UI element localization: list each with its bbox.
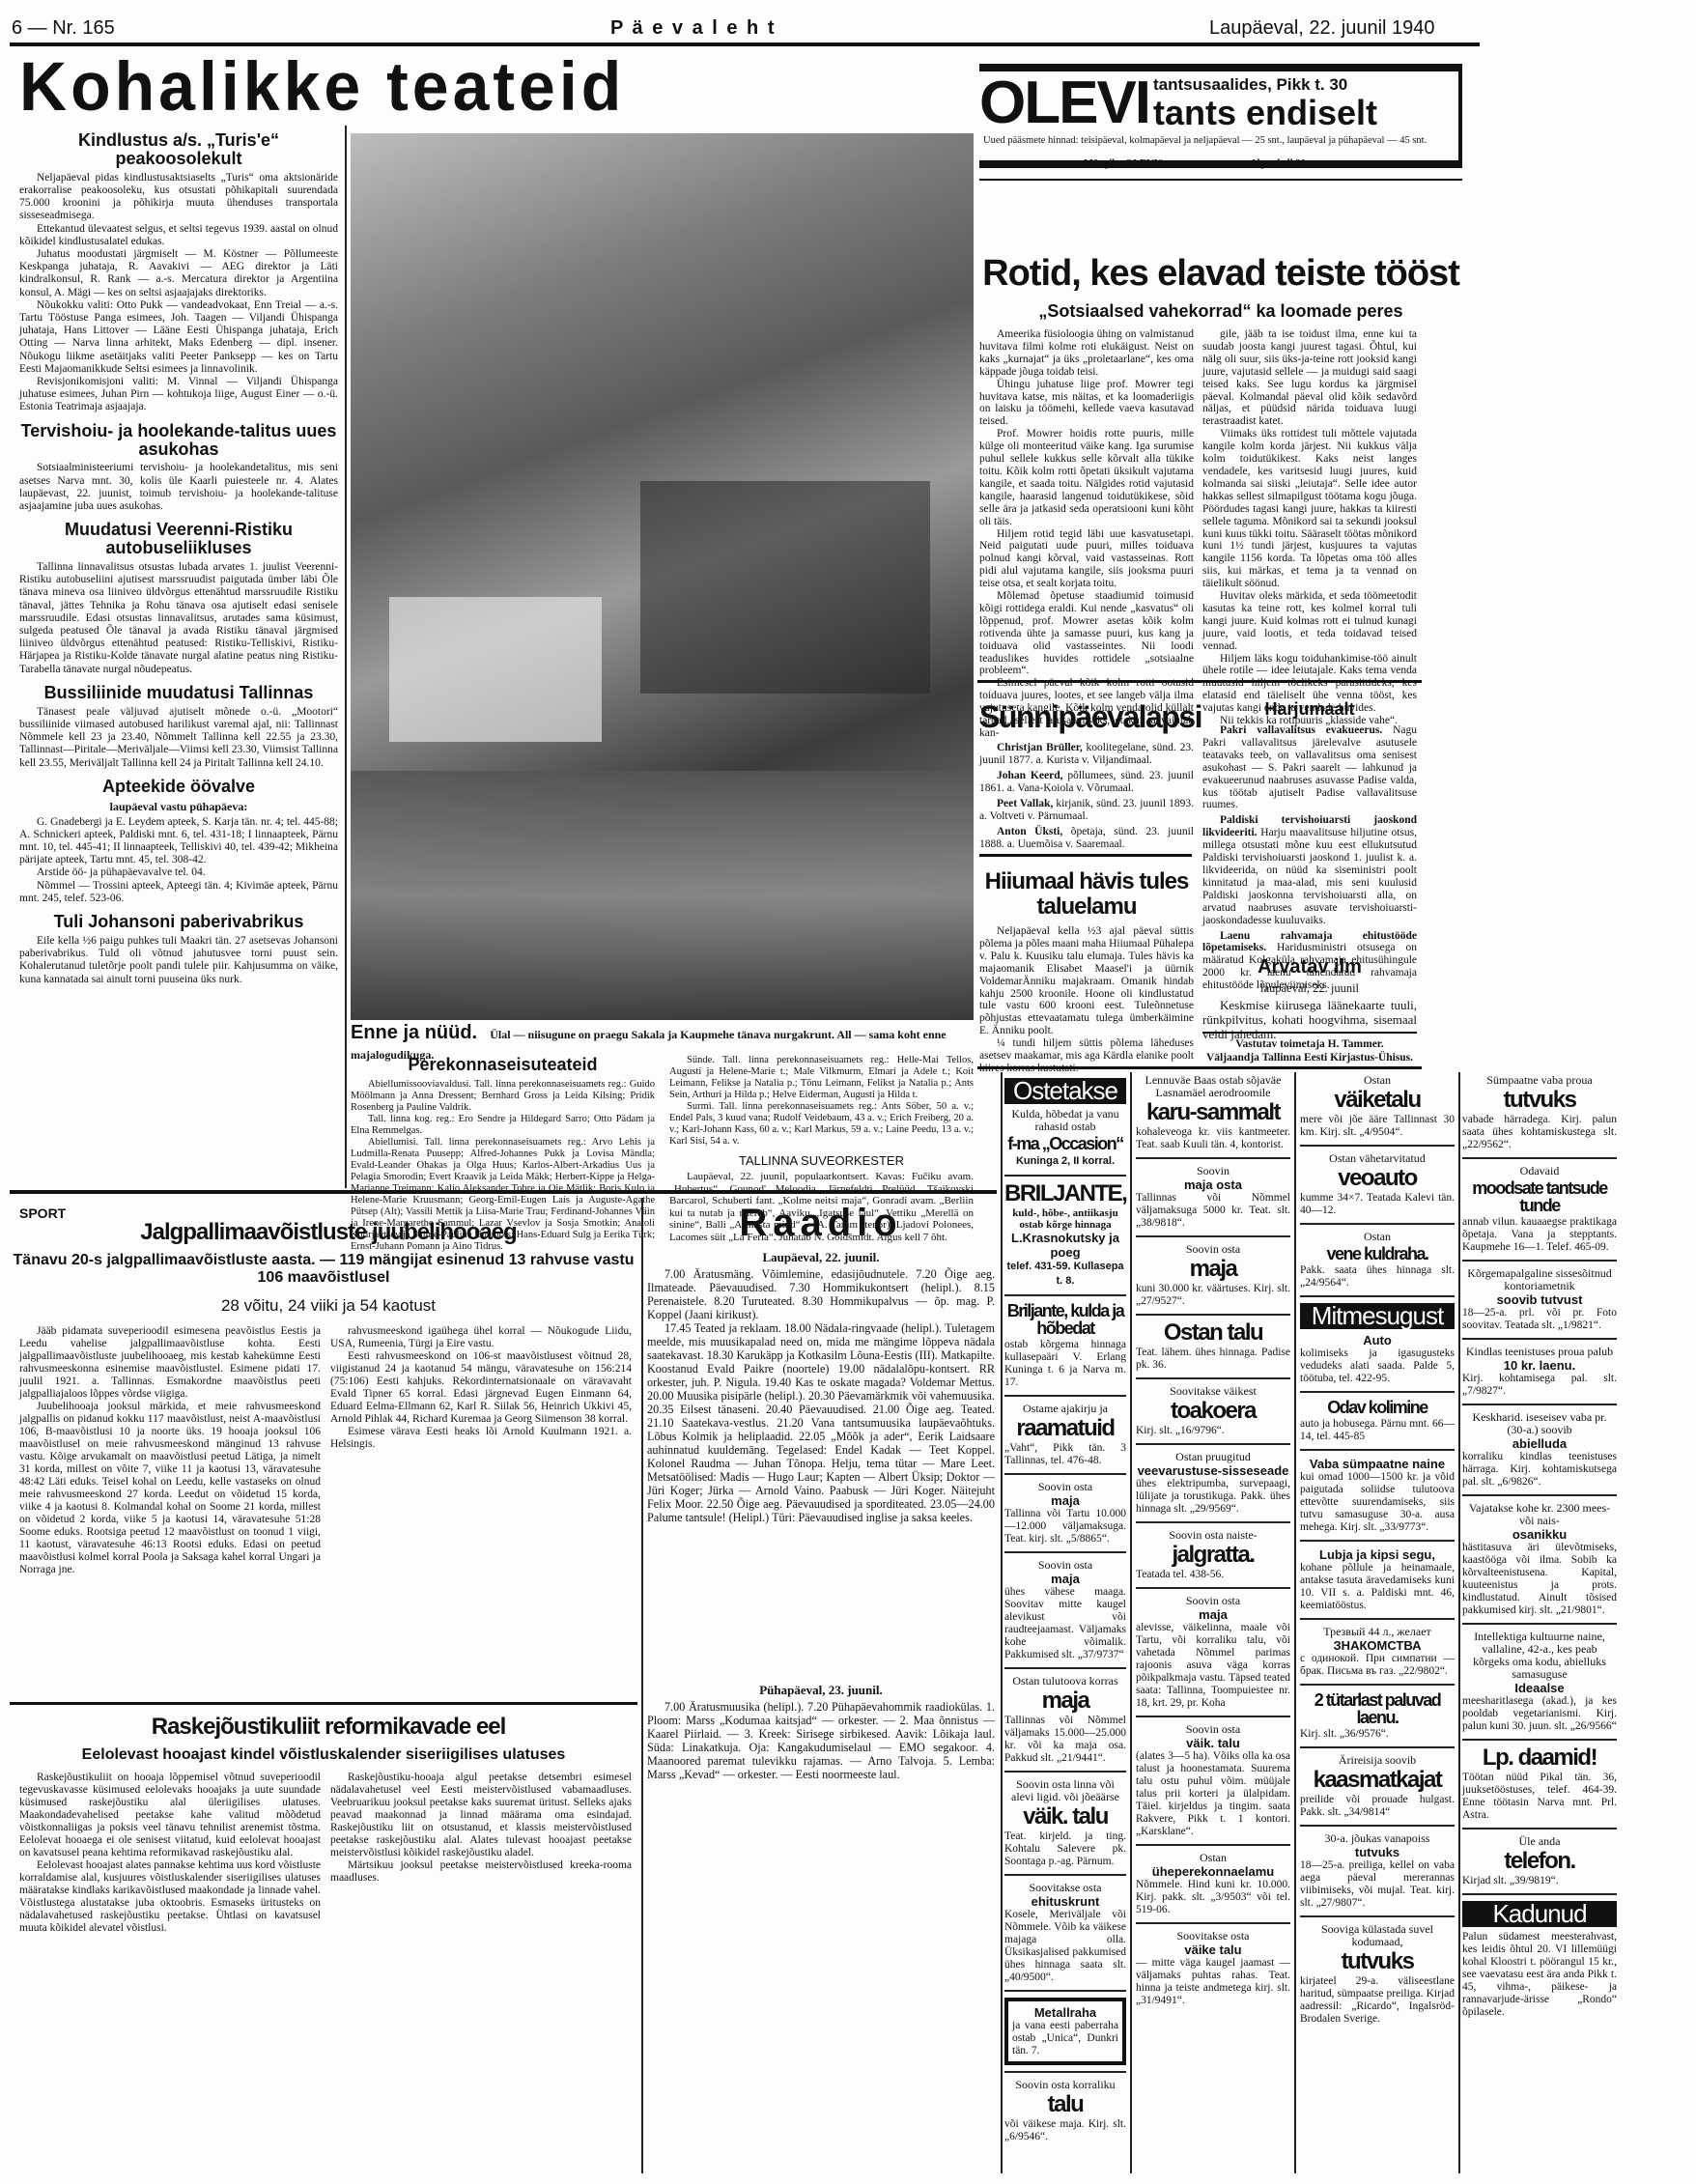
newspaper-title: P ä e v a l e h t [610, 17, 776, 40]
synnipaevalapsi-title: Sünnipäevalapsi [979, 699, 1194, 735]
ad-keyword: soovib tutvust [1462, 1292, 1617, 1307]
raske-paragraph: Raskejõustikuliit on hooaja lõppemisel v… [19, 1772, 321, 1859]
photo-house-detail [389, 597, 602, 742]
ad-text: kumme 34×7. Teatada Kalevi tän. 40—12. [1300, 1192, 1455, 1217]
radio-day2-schedule: 7.00 Äratusmuusika (helipl.). 7.20 Pühap… [647, 1700, 995, 1781]
ad-separator [1462, 1828, 1617, 1829]
birthday-entry: Anton Üksti, õpetaja, sünd. 23. juunil 1… [979, 826, 1194, 851]
classified-ad[interactable]: Vajatakse kohe kr. 2300 mees- või nais-o… [1462, 1502, 1617, 1617]
ad-text: Kirj. slt. „16/9796“. [1136, 1425, 1290, 1437]
ad-text: 18—25-a. prl. või pr. Foto soovitav. Tea… [1462, 1307, 1617, 1332]
classified-ad[interactable]: Ostanvene kuldraha.Pakk. saata ühes hinn… [1300, 1231, 1455, 1290]
article-headline: Apteekide öövalve [19, 778, 338, 796]
ad-lead: Soovin osta [1136, 1595, 1290, 1607]
birthday-name: Peet Vallak, [997, 798, 1053, 809]
synnipaevalapsi-list: Christjan Brüller, koolitegelane, sünd. … [979, 742, 1194, 854]
harjumaalt-text: Nagu Pakri vallavalitsus järelevalve asu… [1202, 724, 1417, 810]
ad-headline: Briljante, kulda ja hõbedat [1004, 1302, 1126, 1337]
harjumaalt-lead: Pakri vallavalitsus evakueerus. [1220, 724, 1382, 736]
article-paragraph: Neljapäeval pidas kindlustusaktsiaselts … [19, 172, 338, 223]
raske-column-1: Raskejõustikuliit on hooaja lõppemisel v… [19, 1772, 321, 1935]
ad-separator [1136, 1157, 1290, 1159]
birthday-entry: Johan Keerd, põllumees, sünd. 23. juunil… [979, 770, 1194, 795]
article-paragraph: G. Gnadebergi ja E. Leydem apteek, S. Ka… [19, 816, 338, 867]
ad-headline: vene kuldraha. [1300, 1245, 1455, 1262]
section-rule [979, 854, 1192, 857]
classified-ad[interactable]: Soovin osta naiste-jalgratta.Teatada tel… [1136, 1529, 1290, 1581]
classified-ad[interactable]: Kadunud [1462, 1901, 1617, 1927]
section-rule [1202, 1032, 1417, 1034]
classified-ad[interactable]: Kindlas teenistuses proua palub10 kr. la… [1462, 1346, 1617, 1398]
ad-headline: moodsate tantsude tunde [1462, 1179, 1617, 1214]
rotid-paragraph: Viimaks üks rottidest tuli mõttele vajut… [1202, 428, 1417, 590]
ad-separator [1300, 1684, 1455, 1686]
ad-headline: f-ma „Occasion“ [1004, 1135, 1126, 1152]
ad-separator [1300, 1449, 1455, 1451]
rotid-paragraph: Ameerika füsioloogia ühing on valmistanu… [979, 328, 1194, 379]
article-paragraph: Juhatus moodustati järgmiselt — M. Köstn… [19, 248, 338, 299]
ad-keyword: L.Krasnokutsky ja poeg [1004, 1231, 1126, 1260]
section-rule [10, 1190, 997, 1194]
harjumaalt-text: Harju maavalitsuse hiljutine otsus, mill… [1202, 827, 1417, 925]
rotid-paragraph: Prof. Mowrer hoidis rotte puuris, mille … [979, 428, 1194, 527]
ad-separator [1300, 1540, 1455, 1542]
radio-paragraph: 7.00 Äratusmäng. Võimlemine, edasijõudnu… [647, 1267, 995, 1321]
ad-lead: Kulda, hõbedat ja vanu rahasid ostab [1004, 1108, 1126, 1133]
classified-ad[interactable]: Lubja ja kipsi segu,kohane põllule ja he… [1300, 1547, 1455, 1612]
imprint: Vastutav toimetaja H. Tammer. Väljaandja… [1202, 1037, 1417, 1064]
ad-text: Pakk. saata ühes hinnaga slt. „24/9564“. [1300, 1264, 1455, 1290]
ad-lead: Kindlas teenistuses proua palub [1462, 1346, 1617, 1358]
ad-text: Tallinna või Tartu 10.000—12.000 väljama… [1004, 1508, 1126, 1546]
classified-ad[interactable]: Soovinmaja ostaTallinnas või Nõmmel välj… [1136, 1165, 1290, 1230]
ad-bottom-rule [979, 179, 1462, 181]
rotid-column-1: Ameerika füsioloogia ühing on valmistanu… [979, 328, 1194, 740]
ad-separator [1462, 1739, 1617, 1741]
ad-text: kuni 30.000 kr. väärtuses. Kirj. slt. „2… [1136, 1283, 1290, 1308]
ad-text: meesharitlasega (akad.), ja kes pooldab … [1462, 1695, 1617, 1733]
ad-text: Kirj. kohtamisega pal. slt. „7/9827“. [1462, 1373, 1617, 1398]
olevi-advertisement[interactable]: OLEVI tantsusaalides, Pikk t. 30 tants e… [979, 64, 1462, 168]
ad-lead: Üle anda [1462, 1835, 1617, 1848]
raske-headline: Raskejõustikuliit reformikavade eel [19, 1714, 637, 1741]
classified-ad[interactable]: Briljante, kulda ja hõbedatostab kõrgema… [1004, 1302, 1126, 1389]
classified-ad[interactable]: Ostan pruugitudveevarustuse-sisseseadeüh… [1136, 1451, 1290, 1516]
page-number: 6 — Nr. 165 [12, 17, 115, 40]
ad-lead: Ärireisija soovib [1300, 1754, 1455, 1767]
ad-keyword: väike talu [1136, 1943, 1290, 1957]
photo-caption-title: Enne ja nüüd. [351, 1022, 477, 1043]
weather-date: laupäeval, 22. juunil [1202, 981, 1417, 996]
ad-lead: Soovin osta korraliku [1004, 2079, 1126, 2091]
raske-paragraph: Eelolevast hooajast alates pannakse keht… [19, 1859, 321, 1935]
weather-title: Arvatav ilm [1202, 956, 1417, 979]
ad-headline: tutvuks [1300, 1950, 1455, 1973]
ad-separator [1462, 1338, 1617, 1340]
raske-paragraph: Märtsikuu jooksul peetakse meistervõistl… [330, 1859, 632, 1885]
classifieds-column-1: OstetakseKulda, hõbedat ja vanu rahasid … [1004, 1074, 1126, 2147]
ad-lead: Vajatakse kohe kr. 2300 mees- või nais- [1462, 1502, 1617, 1527]
ad-text: с одинокой. При симпатии — брак. Письма … [1300, 1653, 1455, 1678]
ad-headline: maja [1004, 1689, 1126, 1713]
classified-ad[interactable]: BRILJANTE,kuld-, hõbe-, antiikasju ostab… [1004, 1182, 1126, 1289]
ad-separator [1462, 1494, 1617, 1496]
ad-lead: Soovin osta [1004, 1481, 1126, 1493]
ad-text: kohaleveoga kr. viis kantmeeter. Teat. s… [1136, 1126, 1290, 1151]
classified-ad[interactable]: Soovin ostamajaalevisse, väikelinna, maa… [1136, 1595, 1290, 1710]
article-paragraph: Arstide öö- ja pühapäevavalve tel. 04. [19, 866, 338, 879]
ad-keyword: ehituskrunt [1004, 1894, 1126, 1909]
ad-lead: Ostan [1136, 1852, 1290, 1864]
ad-headline: karu-sammalt [1136, 1101, 1290, 1124]
hiiumaal-paragraph: ¼ tundi hiljem süttis põlema läheduses a… [979, 1037, 1194, 1075]
ad-keyword: Lubja ja kipsi segu, [1300, 1547, 1455, 1562]
ad-lead: Soovin osta naiste- [1136, 1529, 1290, 1542]
ad-lead: Трезвый 44 л., желает [1300, 1626, 1455, 1638]
classifieds-column-2: Lennuväe Baas ostab sõjaväe Lasnamäel ae… [1136, 1074, 1290, 2011]
weather-forecast: Keskmise kiirusega läänekaarte tuuli, rü… [1202, 999, 1417, 1041]
section-banner: Ostetakse [1004, 1078, 1126, 1104]
ad-separator [1136, 1716, 1290, 1717]
harjumaalt-paragraph: Paldiski tervishoiuarsti jaoskond likvid… [1202, 814, 1417, 926]
classifieds-column-4: Sümpaatne vaba prouatutvuksvabade härrad… [1462, 1074, 1617, 2023]
ad-keyword: tutvuks [1300, 1845, 1455, 1859]
perekonnaseis-title: Perekonnaseisuteateid [351, 1055, 655, 1075]
ad-lead: Ostan [1300, 1074, 1455, 1087]
ad-lead: Ostan pruugitud [1136, 1451, 1290, 1463]
ad-separator [1004, 1874, 1126, 1876]
perekonnaseis-section: Perekonnaseisuteateid Abiellumissooviava… [351, 1055, 974, 1200]
classified-ad[interactable]: Keskharid. iseseisev vaba pr. (30-a.) so… [1462, 1411, 1617, 1489]
ad-separator [1462, 1260, 1617, 1262]
ad-separator [1136, 1844, 1290, 1846]
olevi-headline: tants endiselt [1153, 95, 1377, 131]
rotid-headline: Rotid, kes elavad teiste tööst [979, 253, 1462, 294]
sport-tagline: 28 võitu, 24 viiki ja 54 kaotust [19, 1296, 637, 1316]
perekonnaseis-paragraph: Surmi. Tall. linna perekonnaseisuamets r… [669, 1101, 974, 1148]
ad-separator [1300, 1391, 1455, 1393]
radio-title: Raadio [647, 1202, 995, 1245]
classified-ad[interactable]: Intellektiga kultuurne naine, vallaline,… [1462, 1631, 1617, 1733]
ad-lead: Intellektiga kultuurne naine, vallaline,… [1462, 1631, 1617, 1681]
ad-lead: 30-a. jõukas vanapoiss [1300, 1832, 1455, 1845]
classified-ad[interactable]: Mitmesugust [1300, 1303, 1455, 1329]
ad-keyword: Auto [1300, 1333, 1455, 1347]
birthday-name: Anton Üksti, [997, 826, 1062, 837]
ad-separator [1004, 1395, 1126, 1397]
ad-separator [1136, 1922, 1290, 1924]
rotid-column-2: gile, jääb ta ise toidust ilma, enne kui… [1202, 328, 1417, 727]
ad-separator [1300, 1746, 1455, 1748]
ad-lead: Soovitakse väikest [1136, 1385, 1290, 1398]
hiiumaal-paragraph: Neljapäeval kella ½3 ajal päeval süttis … [979, 925, 1194, 1037]
ad-keyword: Ideaalse [1462, 1681, 1617, 1695]
ad-text: ühes elektripumba, survepaagi, lülijate … [1136, 1478, 1290, 1516]
ad-separator [1300, 1223, 1455, 1225]
perekonnaseis-paragraph: Sünde. Tall. linna perekonnaseisuamets r… [669, 1055, 974, 1101]
ad-lead: Odavaid [1462, 1165, 1617, 1177]
main-headline: Kohalikke teateid [19, 50, 951, 124]
article-paragraph: Revisjonikomisjoni valiti: M. Vinnal — V… [19, 376, 338, 414]
radio-day1-heading: Laupäeval, 22. juunil. [647, 1250, 995, 1265]
ad-keyword: Vaba sümpaatne naine [1300, 1457, 1455, 1471]
classified-ad[interactable]: Soovin osta linna või alevi ligid. või j… [1004, 1778, 1126, 1868]
birthday-entry: Peet Vallak, kirjanik, sünd. 23. juunil … [979, 798, 1194, 823]
rotid-paragraph: Mõlemad õpetuse staadiumid toimusid kõig… [979, 590, 1194, 677]
ad-separator [1136, 1377, 1290, 1379]
classified-ad[interactable]: Autokolimiseks ja igasugusteks vedudeks … [1300, 1333, 1455, 1385]
sport-headline: Jalgpallimaavõistluste juubelihooaeg [19, 1219, 637, 1246]
classified-ad[interactable]: Kulda, hõbedat ja vanu rahasid ostabf-ma… [1004, 1108, 1126, 1169]
ad-text: vabade härradega. Kirj. palun saata ühes… [1462, 1114, 1617, 1151]
ad-keyword: Metallraha [1012, 2005, 1118, 2020]
ad-separator [1300, 1825, 1455, 1827]
ad-headline: Ostan talu [1136, 1321, 1290, 1345]
ad-separator [1004, 1175, 1126, 1177]
column-divider [1458, 1072, 1460, 2173]
ad-text: „Vaht“, Pikk tän. 3 Tallinnas, tel. 476-… [1004, 1442, 1126, 1467]
section-banner: Kadunud [1462, 1901, 1617, 1927]
rotid-paragraph: Huvitav oleks märkida, et seda töömeetod… [1202, 590, 1417, 653]
column-divider [1001, 1072, 1003, 2173]
ad-text: Nõmmele. Hind kuni kr. 10.000. Kirj. pak… [1136, 1879, 1290, 1916]
classified-ad[interactable]: Soovitakse ostaehituskruntKoselе, Merivä… [1004, 1882, 1126, 1984]
classified-ad[interactable]: Kõrgemapalgaline sissesõitnud kontoriame… [1462, 1267, 1617, 1332]
article-paragraph: Tänasest peale väljuvad ajutiselt mõnede… [19, 706, 338, 770]
ad-headline: veoauto [1300, 1167, 1455, 1190]
article-headline: Tervishoiu- ja hoolekande-talitus uues a… [19, 422, 338, 459]
ad-headline: tutvuks [1462, 1089, 1617, 1112]
section-rule [977, 680, 1422, 683]
ad-text: alevisse, väikelinna, maale või Tartu, v… [1136, 1622, 1290, 1710]
perekonnaseis-paragraph: Abiellumissooviavaldusi. Tall. linna per… [351, 1079, 655, 1114]
ad-separator [1300, 1915, 1455, 1917]
ad-keyword: ЗНАКОМСТВА [1300, 1638, 1455, 1653]
ad-separator [1300, 1145, 1455, 1147]
ad-lead: Kõrgemapalgaline sissesõitnud kontoriame… [1462, 1267, 1617, 1292]
classified-ad[interactable]: Sümpaatne vaba prouatutvuksvabade härrad… [1462, 1074, 1617, 1151]
classified-ad[interactable]: 2 tütarlast paluvad laenu.Kirj. slt. „36… [1300, 1691, 1455, 1741]
classified-ad[interactable]: Odav kolimineauto ja hobusega. Pärnu mnt… [1300, 1399, 1455, 1443]
ad-separator [1300, 1618, 1455, 1620]
classified-ad[interactable]: Ostame ajakirju jaraamatuid„Vaht“, Pikk … [1004, 1403, 1126, 1467]
ad-keyword: 10 kr. laenu. [1462, 1358, 1617, 1373]
harjumaalt-paragraph: Pakri vallavalitsus evakueerus. Nagu Pak… [1202, 724, 1417, 811]
classified-ad[interactable]: Soovin ostaväik. talu(alates 3—5 ha). Võ… [1136, 1723, 1290, 1838]
classified-ad[interactable]: Soovitakse ostaväike talu— mitte väga ka… [1136, 1930, 1290, 2007]
ad-text: annab vilun. kauaaegse praktikaga õpetaj… [1462, 1216, 1617, 1254]
suveorkester-title: TALLINNA SUVEORKESTER [669, 1153, 974, 1168]
classified-ad[interactable]: Metallrahaja vana eesti paberraha ostab … [1004, 1998, 1126, 2065]
rotid-paragraph: Ühingu juhatuse liige prof. Mowrer tegi … [979, 379, 1194, 429]
photo-lower-street [351, 771, 974, 1020]
classified-ad[interactable]: Ostetakse [1004, 1078, 1126, 1104]
imprint-publisher: Väljaandja Tallinna Eesti Kirjastus-Ühis… [1202, 1051, 1417, 1064]
column-divider [1130, 1072, 1132, 2173]
ad-headline: BRILJANTE, [1004, 1182, 1126, 1205]
olevi-plays: Mängib „OLEVI“. [1084, 158, 1166, 169]
ad-text: Palun südamest meesterahvast, kes leidis… [1462, 1931, 1617, 2019]
ad-headline: telefon. [1462, 1850, 1617, 1873]
article-headline: Tuli Johansoni paberivabrikus [19, 913, 338, 931]
ad-text: kohane põllule ja heinamaale, antakse ta… [1300, 1562, 1455, 1612]
olevi-location: tantsusaalides, Pikk t. 30 [1153, 75, 1347, 95]
imprint-editor: Vastutav toimetaja H. Tammer. [1202, 1037, 1417, 1051]
ad-lead: Soovin osta [1136, 1723, 1290, 1736]
article-paragraph: Eile kella ½6 paigu puhkes tuli Maakri t… [19, 935, 338, 986]
ad-text: Tallinnas või Nõmmel väljamaks 15.000—25… [1004, 1715, 1126, 1765]
classified-ad[interactable]: 30-a. jõukas vanapoisstutvuks18—25-a. pr… [1300, 1832, 1455, 1910]
classifieds-column-3: Ostanväiketalumere või jõe ääre Tallinna… [1300, 1074, 1455, 2029]
masthead-rule [10, 43, 1480, 46]
classified-ad[interactable]: Palun südamest meesterahvast, kes leidis… [1462, 1931, 1617, 2019]
classified-ad[interactable]: Ostanväiketalumere või jõe ääre Tallinna… [1300, 1074, 1455, 1139]
ad-separator [1136, 1587, 1290, 1589]
ad-text: kui omad 1000—1500 kr. ja võid paigutada… [1300, 1471, 1455, 1534]
ad-text: ja vana eesti paberraha ostab „Unica“, D… [1012, 2020, 1118, 2057]
classified-ad[interactable]: Üle andatelefon.Kirjad slt. „39/9819“. [1462, 1835, 1617, 1887]
left-news-column: Kindlustus a/s. „Turis'e“ peakoosolekult… [19, 124, 338, 986]
ad-separator [1004, 2071, 1126, 2073]
article-headline: Bussiliinide muudatusi Tallinnas [19, 684, 338, 702]
ad-text: 18—25-a. preiliga, kellel on vaba aega p… [1300, 1859, 1455, 1910]
classified-ad[interactable]: Soovin ostamajaTallinna või Tartu 10.000… [1004, 1481, 1126, 1546]
ad-headline: toakoera [1136, 1400, 1290, 1423]
classified-ad[interactable]: Ostan taluTeat. lähem. ühes hinnaga. Pad… [1136, 1321, 1290, 1372]
ad-separator [1462, 1157, 1617, 1159]
classified-ad[interactable]: Ostan tulutoova korrasmajaTallinnas või … [1004, 1675, 1126, 1765]
ad-lead: Lennuväe Baas ostab sõjaväe Lasnamäel ae… [1136, 1074, 1290, 1099]
classified-ad[interactable]: Odavaidmoodsate tantsude tundeannab vilu… [1462, 1165, 1617, 1254]
ad-text: Teatada tel. 438-56. [1136, 1569, 1290, 1581]
classified-ad[interactable]: Vaba sümpaatne nainekui omad 1000—1500 k… [1300, 1457, 1455, 1534]
ad-keyword: väik. talu [1136, 1736, 1290, 1750]
radio-paragraph: 7.00 Äratusmuusika (helipl.). 7.20 Pühap… [647, 1700, 995, 1781]
photograph-street-corner [351, 133, 974, 1020]
birthday-entry: Christjan Brüller, koolitegelane, sünd. … [979, 742, 1194, 767]
ad-keyword: osanikku [1462, 1527, 1617, 1542]
ad-text: Koselе, Meriväljale või Nõmmele. Võib ka… [1004, 1909, 1126, 1984]
raske-column-2: Raskejõustiku-hooaja algul peetakse dets… [330, 1772, 632, 1885]
column-divider [345, 126, 347, 1188]
classified-ad[interactable]: Soovin ostamajakuni 30.000 kr. väärtuses… [1136, 1243, 1290, 1308]
photo-building-shadow [640, 481, 930, 694]
ad-text: Kirjad slt. „39/9819“. [1462, 1875, 1617, 1887]
article-paragraph: Sotsiaalministeeriumi tervishoiu- ja hoo… [19, 462, 338, 513]
birthday-name: Christjan Brüller, [997, 742, 1083, 753]
ad-lead: Soovin osta linna või alevi ligid. või j… [1004, 1778, 1126, 1803]
sport-paragraph: Juubelihooaja jooksul märkida, et meie r… [19, 1401, 321, 1576]
ad-headline: Odav kolimine [1300, 1399, 1455, 1416]
article-subtitle: laupäeval vastu pühapäeva: [19, 800, 338, 814]
classified-ad[interactable]: Soovin osta korralikutaluvõi väikese maj… [1004, 2079, 1126, 2143]
classified-ad[interactable]: Soovin ostamajaühes vähese maaga. Soovit… [1004, 1559, 1126, 1661]
section-banner: Mitmesugust [1300, 1303, 1455, 1329]
section-rule [10, 1702, 637, 1705]
sport-column-2: rahvusmeeskond igaühega ühel korral — Nõ… [330, 1325, 632, 1451]
column-divider [641, 1198, 643, 2173]
perekonnaseis-right-text: Sünde. Tall. linna perekonnaseisuamets r… [669, 1055, 974, 1148]
harjumaalt-text: Pakri vallavalitsus evakueerus. Nagu Pak… [1202, 724, 1417, 995]
raske-subtitle: Eelolevast hooajast kindel võistluskalen… [10, 1746, 637, 1764]
classified-ad[interactable]: Ärireisija soovibkaasmatkajatpreilide võ… [1300, 1754, 1455, 1819]
ad-lead: kuld-, hõbe-, antiikasju ostab kõrge hin… [1004, 1207, 1126, 1231]
classified-ad[interactable]: Ostan vähetarvitatudveoautokumme 34×7. T… [1300, 1152, 1455, 1217]
classified-ad[interactable]: Lp. daamid!Töötan nüüd Pikal tän. 36, ju… [1462, 1746, 1617, 1822]
classified-ad[interactable]: Soovitakse väikesttoakoeraKirj. slt. „16… [1136, 1385, 1290, 1437]
ad-text: ostab kõrgema hinnaga kullasepaäri V. Er… [1004, 1339, 1126, 1389]
article-paragraph: Ettekantud ülevaatest selgus, et seltsi … [19, 223, 338, 248]
column-divider [1294, 1072, 1296, 2173]
raske-paragraph: Raskejõustiku-hooaja algul peetakse dets… [330, 1772, 632, 1859]
ad-lead: Ostame ajakirju ja [1004, 1403, 1126, 1415]
ad-lead: Soovitakse osta [1004, 1882, 1126, 1894]
ad-separator [1004, 1667, 1126, 1669]
perekonnaseis-paragraph: Tall. linna kog. reg.: Ero Sendre ja Hil… [351, 1114, 655, 1137]
rotid-subtitle: „Sotsiaalsed vahekorrad“ ka loomade pere… [979, 301, 1462, 322]
ad-lead: Sümpaatne vaba proua [1462, 1074, 1617, 1087]
classified-ad[interactable]: Ostanühepere­konnaelamuNõmmele. Hind kun… [1136, 1852, 1290, 1916]
ad-keyword: veevarustuse-sisseseade [1136, 1463, 1290, 1478]
ad-separator [1004, 1990, 1126, 1992]
classified-ad[interactable]: Трезвый 44 л., желаетЗНАКОМСТВАс одиноко… [1300, 1626, 1455, 1678]
ad-lead: Ostan tulutoova korras [1004, 1675, 1126, 1688]
ad-text: (alates 3—5 ha). Võiks olla ka osa talus… [1136, 1750, 1290, 1838]
ad-separator [1136, 1235, 1290, 1237]
article-paragraph: Nõukokku valiti: Otto Pukk — vandeadvoka… [19, 299, 338, 376]
ad-headline: talu [1004, 2093, 1126, 2116]
ad-keyword: ühepere­konnaelamu [1136, 1864, 1290, 1879]
ad-separator [1462, 1623, 1617, 1625]
hiiumaal-headline: Hiiumaal hävis tules taluelamu [979, 869, 1194, 920]
ad-separator [1004, 1771, 1126, 1773]
ad-text: mere või jõe ääre Tallinnast 30 km. Kirj… [1300, 1114, 1455, 1139]
ad-address: Kuninga 2, II korral. [1004, 1154, 1126, 1169]
ad-headline: 2 tütarlast paluvad laenu. [1300, 1691, 1455, 1726]
rotid-paragraph: Hiljem rotid tegid läbi uue kasvatusetap… [979, 528, 1194, 591]
radio-paragraph: 17.45 Teated ja reklaam. 18.00 Nädala-ri… [647, 1321, 995, 1524]
ad-lead: Sooviga külastada suvel kodumaad, [1300, 1923, 1455, 1948]
ad-separator [1136, 1443, 1290, 1445]
ad-text: Tallinnas või Nõmmel väljamaksuga 5000 k… [1136, 1192, 1290, 1230]
ad-address: telef. 431-59. Kullasepa t. 8. [1004, 1260, 1126, 1289]
ad-headline: jalgratta. [1136, 1544, 1290, 1567]
sport-column-1: Jääb pidamata suveperioodil esimesena pe… [19, 1325, 321, 1576]
ad-text: — mitte väga kaugel jaamast — väljamaks … [1136, 1957, 1290, 2007]
article-headline: Muudatusi Veerenni-Ristiku autobuseliikl… [19, 521, 338, 557]
ad-headline: kaasmatkajat [1300, 1769, 1455, 1792]
ad-text: Kirj. slt. „36/9576“. [1300, 1728, 1455, 1741]
ad-lead: Soovin [1136, 1165, 1290, 1177]
classified-ad[interactable]: Lennuväe Baas ostab sõjaväe Lasnamäel ae… [1136, 1074, 1290, 1151]
classified-ad[interactable]: Sooviga külastada suvel kodumaad,tutvuks… [1300, 1923, 1455, 2026]
harjumaalt-title: Harjumaalt [1202, 699, 1417, 720]
ad-headline: väik. talu [1004, 1805, 1126, 1829]
ad-text: auto ja hobusega. Pärnu mnt. 66—14, tel.… [1300, 1418, 1455, 1443]
ad-text: Teat. lähem. ühes hinnaga. Padise pk. 36… [1136, 1347, 1290, 1372]
ad-headline: väiketalu [1300, 1089, 1455, 1112]
sport-paragraph: Jääb pidamata suveperioodil esimesena pe… [19, 1325, 321, 1401]
ad-keyword: abielluda [1462, 1436, 1617, 1451]
sport-paragraph: rahvusmeeskond igaühega ühel korral — Nõ… [330, 1325, 632, 1350]
olevi-start-time: Algus kell 20. [1250, 158, 1308, 169]
ad-keyword: maja [1004, 1493, 1126, 1508]
ad-lead: Soovitakse osta [1136, 1930, 1290, 1943]
ad-text: Teat. kirjeld. ja ting. Kohtalu Salevere… [1004, 1830, 1126, 1868]
rotid-paragraph: gile, jääb ta ise toidust ilma, enne kui… [1202, 328, 1417, 428]
ad-lead: Soovin osta [1004, 1559, 1126, 1572]
ad-text: või väikese maja. Kirj. slt. „6/9546“. [1004, 2118, 1126, 2143]
